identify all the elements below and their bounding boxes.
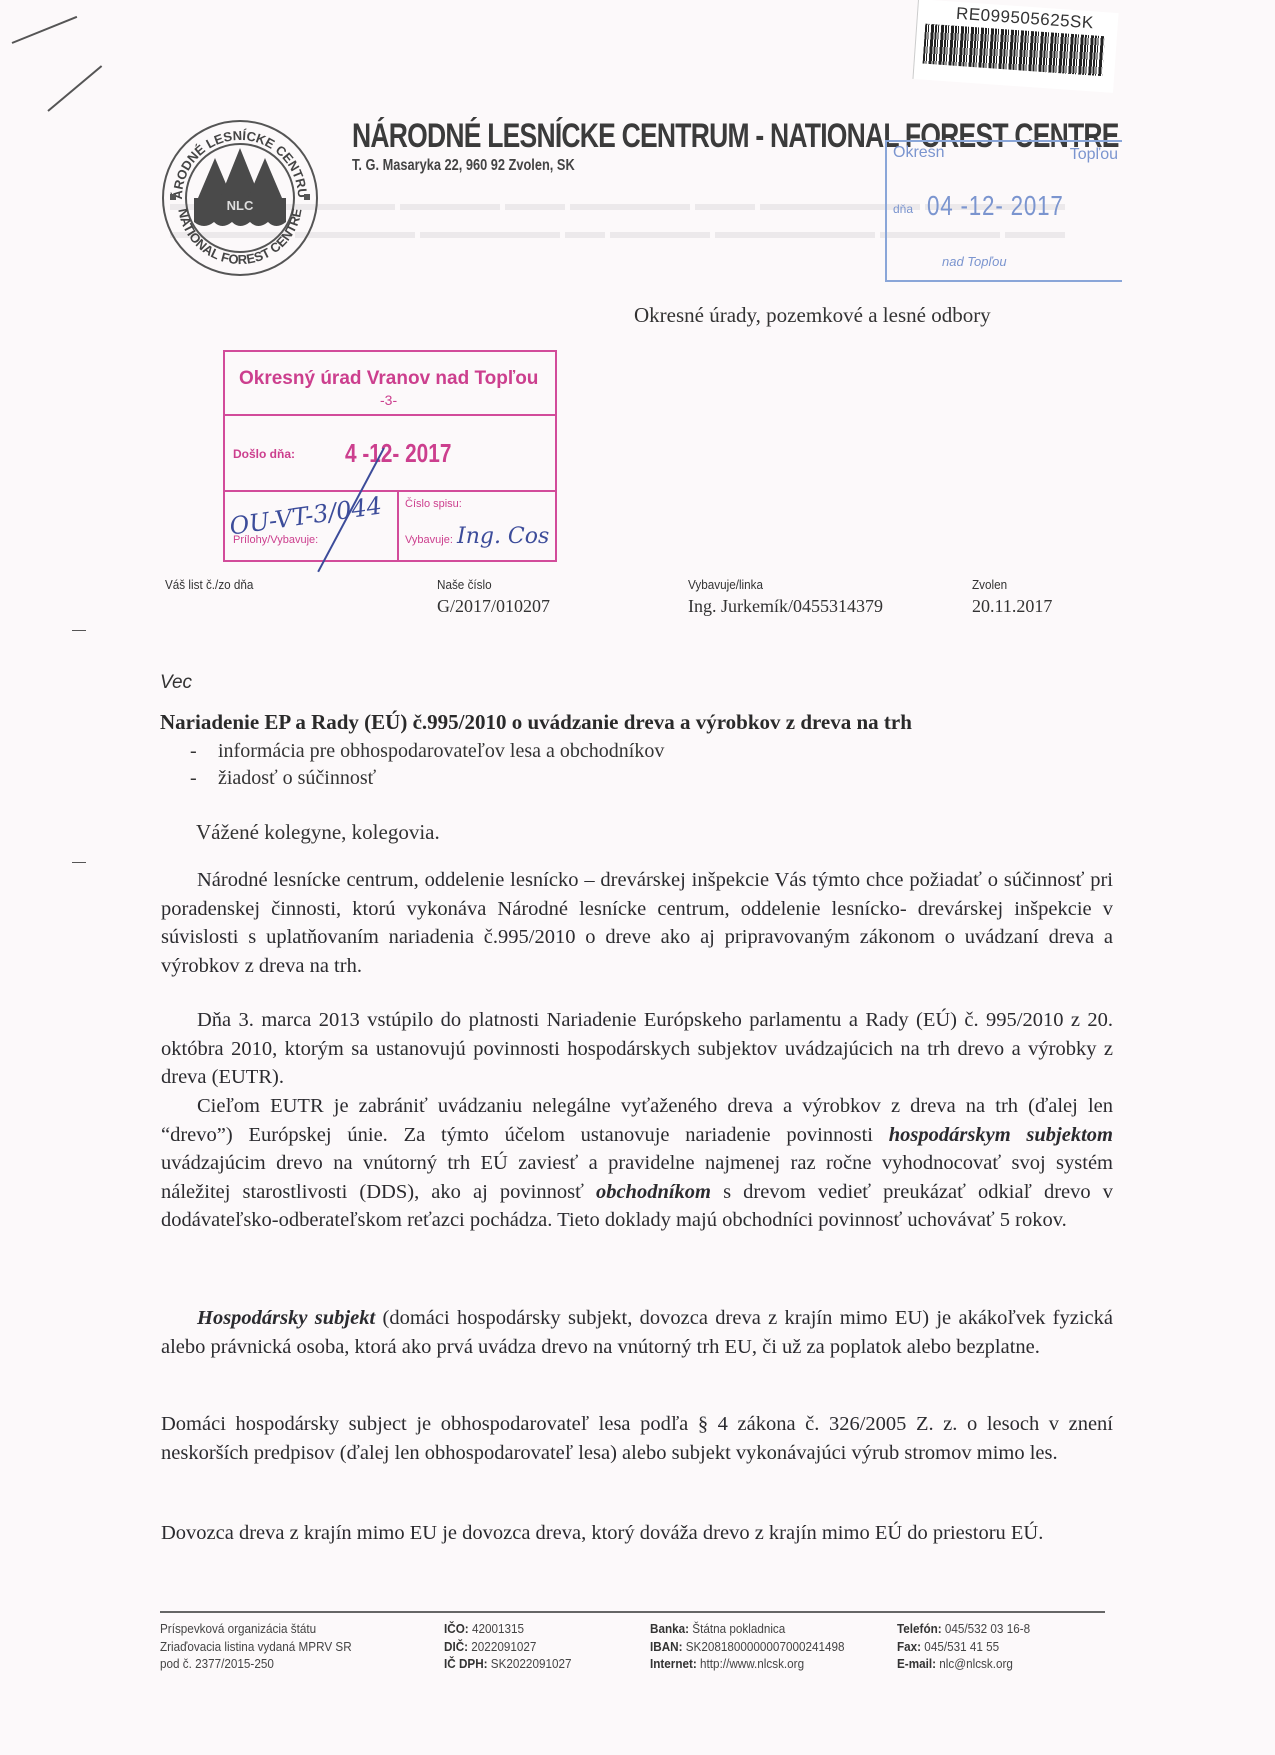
registry-stamp: Okresný úrad Vranov nad Topľou -3- Došlo… <box>223 350 557 562</box>
stamp-office-name: Okresný úrad Vranov nad Topľou <box>239 368 538 390</box>
stamp-office-text: Okresn <box>893 144 945 162</box>
stamp-header-row: Okresný úrad Vranov nad Topľou -3- <box>225 352 555 416</box>
footer-organization-info: Príspevková organizácia štátu Zriaďovaci… <box>160 1620 352 1673</box>
stamp-date-label: dňa <box>893 202 913 216</box>
margin-tick <box>72 630 86 631</box>
margin-tick <box>72 862 86 863</box>
emphasis-economic-operator: Hospodársky subjekt <box>197 1307 375 1329</box>
paragraph-4: Hospodársky subjekt (domáci hospodársky … <box>161 1304 1113 1361</box>
paragraph-3: Cieľom EUTR je zabrániť uvádzaniu nelegá… <box>161 1092 1113 1235</box>
handled-by-label: Vybavuje/linka <box>688 577 864 592</box>
subject-bullet: -žiadosť o súčinnosť <box>190 765 664 792</box>
place-date-ref: Zvolen 20.11.2017 <box>972 577 1052 617</box>
footer-divider <box>160 1611 1105 1613</box>
letter-date: 20.11.2017 <box>972 596 1052 617</box>
footer-contact-info: Telefón: 045/532 03 16-8 Fax: 045/531 41… <box>897 1620 1030 1673</box>
stamp-bottom-text: nad Topľou <box>942 254 1007 269</box>
our-number-ref: Naše číslo G/2017/010207 <box>437 577 550 617</box>
subject-title: Nariadenie EP a Rady (EÚ) č.995/2010 o u… <box>160 710 912 735</box>
stamp-received-date: 4 -12- 2017 <box>345 438 451 469</box>
paragraph-2: Dňa 3. marca 2013 vstúpilo do platnosti … <box>161 1006 1113 1092</box>
handled-by-ref: Vybavuje/linka Ing. Jurkemík/0455314379 <box>688 577 883 617</box>
received-stamp-blue: Okresn Topľou dňa 04 -12- 2017 nad Topľo… <box>885 140 1122 282</box>
paragraph-1: Národné lesnícke centrum, oddelenie lesn… <box>161 866 1113 980</box>
footer-bank-info: Banka: Štátna pokladnica IBAN: SK2081800… <box>650 1620 845 1673</box>
stamp-received-label: Došlo dňa: <box>233 447 295 461</box>
stamp-divider-vertical <box>397 490 399 560</box>
nlc-logo: NÁRODNÉ LESNÍCKE CENTRUM NATIONAL FOREST… <box>160 118 320 278</box>
forest-seal-icon: NÁRODNÉ LESNÍCKE CENTRUM NATIONAL FOREST… <box>160 118 320 278</box>
subject-label: Vec <box>160 672 192 694</box>
svg-text:NLC: NLC <box>227 198 254 213</box>
stamp-reg-label: Číslo spisu: <box>405 498 462 510</box>
registered-mail-barcode: RE099505625SK <box>912 0 1118 93</box>
place-label: Zvolen <box>972 577 1044 592</box>
our-number-value: G/2017/010207 <box>437 596 550 617</box>
emphasis-economic-operators: hospodárskym subjektom <box>889 1124 1113 1146</box>
stamp-date: 04 -12- 2017 <box>927 190 1064 222</box>
your-letter-ref: Váš list č./zo dňa <box>165 577 263 596</box>
stamp-divider <box>225 490 555 492</box>
stamp-office-text-right: Topľou <box>1070 146 1118 164</box>
paragraph-6: Dovozca dreva z krajín mimo EU je dovozc… <box>161 1519 1113 1548</box>
stamp-handling-label: Vybavuje: <box>405 534 453 546</box>
recipient: Okresné úrady, pozemkové a lesné odbory <box>634 303 991 328</box>
scan-mark <box>12 16 78 44</box>
organization-address: T. G. Masaryka 22, 960 92 Zvolen, SK <box>352 157 575 175</box>
handwritten-initials: Ing. Cos <box>457 524 549 549</box>
scan-mark <box>47 65 102 112</box>
stamp-office-mark: -3- <box>380 392 397 408</box>
paragraph-5: Domáci hospodársky subject je obhospodar… <box>161 1410 1113 1467</box>
emphasis-traders: obchodníkom <box>596 1181 711 1203</box>
handled-by-value: Ing. Jurkemík/0455314379 <box>688 596 883 617</box>
email-link[interactable]: nlc@nlcsk.org <box>936 1656 1013 1671</box>
your-letter-label: Váš list č./zo dňa <box>165 577 253 592</box>
our-number-label: Naše číslo <box>437 577 539 592</box>
website-link[interactable]: http://www.nlcsk.org <box>697 1656 804 1671</box>
subject-bullet: -informácia pre obhospodarovateľov lesa … <box>190 738 664 765</box>
greeting: Vážené kolegyne, kolegovia. <box>196 820 440 845</box>
subject-bullets: -informácia pre obhospodarovateľov lesa … <box>190 738 664 792</box>
footer-tax-info: IČO: 42001315 DIČ: 2022091027 IČ DPH: SK… <box>444 1620 571 1673</box>
